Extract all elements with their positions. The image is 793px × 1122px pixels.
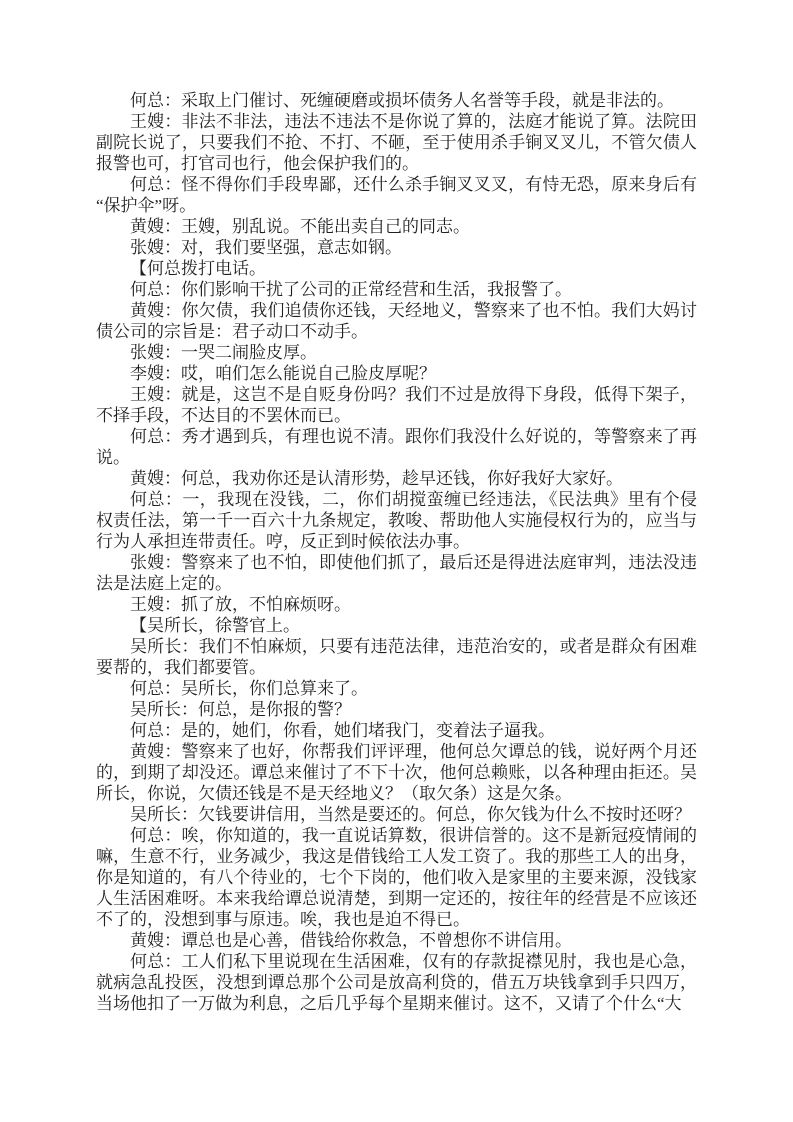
dialogue-paragraph: 何总：你们影响干扰了公司的正常经营和生活，我报警了。 — [96, 279, 697, 300]
dialogue-paragraph: 黄嫂：谭总也是心善，借钱给你救急，不曾想你不讲信用。 — [96, 930, 697, 951]
dialogue-paragraph: 吴所长：我们不怕麻烦，只要有违范法律，违范治安的，或者是群众有困难要帮的，我们都… — [96, 636, 697, 678]
dialogue-paragraph: 何总：唉，你知道的，我一直说话算数，很讲信誉的。这不是新冠疫情闹的嘛，生意不行，… — [96, 825, 697, 930]
dialogue-paragraph: 张嫂：警察来了也不怕，即使他们抓了，最后还是得进法庭审判，违法没违法是法庭上定的… — [96, 552, 697, 594]
dialogue-paragraph: 王嫂：非法不非法，违法不违法不是你说了算的，法庭才能说了算。法院田副院长说了，只… — [96, 111, 697, 174]
stage-direction: 【何总拨打电话。 — [96, 258, 697, 279]
stage-direction: 【吴所长，徐警官上。 — [96, 615, 697, 636]
document-page: 何总：采取上门催讨、死缠硬磨或损坏债务人名誉等手段，就是非法的。王嫂：非法不非法… — [0, 0, 793, 1122]
dialogue-paragraph: 张嫂：对，我们要坚强，意志如钢。 — [96, 237, 697, 258]
document-body: 何总：采取上门催讨、死缠硬磨或损坏债务人名誉等手段，就是非法的。王嫂：非法不非法… — [96, 90, 697, 1014]
dialogue-paragraph: 何总：吴所长，你们总算来了。 — [96, 678, 697, 699]
dialogue-paragraph: 何总：秀才遇到兵，有理也说不清。跟你们我没什么好说的，等警察来了再说。 — [96, 426, 697, 468]
dialogue-paragraph: 黄嫂：你欠债，我们追债你还钱，天经地义，警察来了也不怕。我们大妈讨债公司的宗旨是… — [96, 300, 697, 342]
dialogue-paragraph: 何总：一，我现在没钱，二，你们胡搅蛮缠已经违法，《民法典》里有个侵权责任法，第一… — [96, 489, 697, 552]
dialogue-paragraph: 何总：怪不得你们手段卑鄙，还什么杀手锏叉叉叉，有恃无恐，原来身后有“保护伞”呀。 — [96, 174, 697, 216]
dialogue-paragraph: 张嫂：一哭二闹脸皮厚。 — [96, 342, 697, 363]
dialogue-paragraph: 李嫂：哎，咱们怎么能说自己脸皮厚呢？ — [96, 363, 697, 384]
dialogue-paragraph: 黄嫂：王嫂，别乱说。不能出卖自己的同志。 — [96, 216, 697, 237]
dialogue-paragraph: 王嫂：就是，这岂不是自贬身份吗？我们不过是放得下身段，低得下架子，不择手段，不达… — [96, 384, 697, 426]
dialogue-paragraph: 吴所长：何总，是你报的警？ — [96, 699, 697, 720]
dialogue-paragraph: 何总：采取上门催讨、死缠硬磨或损坏债务人名誉等手段，就是非法的。 — [96, 90, 697, 111]
dialogue-paragraph: 王嫂：抓了放，不怕麻烦呀。 — [96, 594, 697, 615]
dialogue-paragraph: 何总：工人们私下里说现在生活困难，仅有的存款捉襟见肘，我也是心急，就病急乱投医，… — [96, 951, 697, 1014]
dialogue-paragraph: 黄嫂：何总，我劝你还是认清形势，趁早还钱，你好我好大家好。 — [96, 468, 697, 489]
dialogue-paragraph: 吴所长：欠钱要讲信用，当然是要还的。何总，你欠钱为什么不按时还呀？ — [96, 804, 697, 825]
dialogue-paragraph: 黄嫂：警察来了也好，你帮我们评评理，他何总欠谭总的钱，说好两个月还的，到期了却没… — [96, 741, 697, 804]
dialogue-paragraph: 何总：是的，她们，你看，她们堵我门，变着法子逼我。 — [96, 720, 697, 741]
